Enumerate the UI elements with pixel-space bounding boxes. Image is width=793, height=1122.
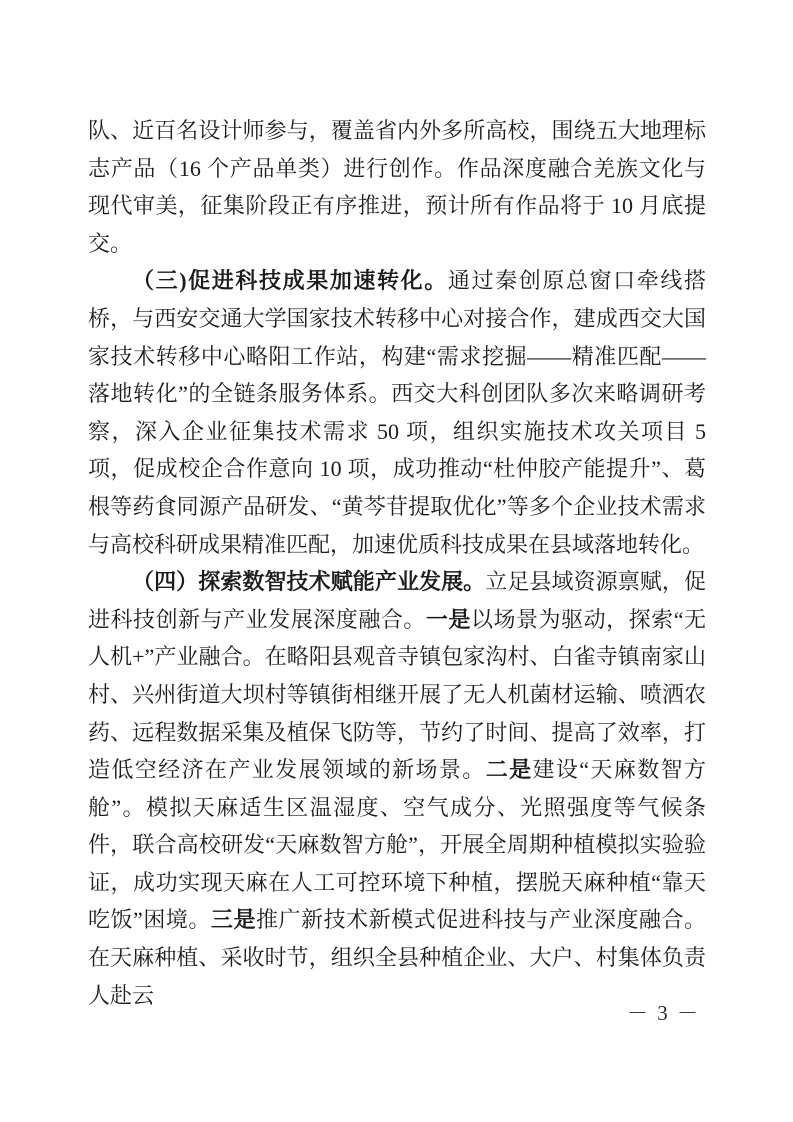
para-continuation: 队、近百名设计师参与，覆盖省内外多所高校，围绕五大地理标志产品（16 个产品单类… — [88, 112, 706, 262]
para-section-4: （四）探索数智技术赋能产业发展。立足县域资源禀赋，促进科技创新与产业发展深度融合… — [88, 563, 706, 1014]
bold-segment: （四）探索数智技术赋能产业发展。 — [132, 569, 485, 594]
bold-segment: 一是 — [426, 607, 471, 632]
document-body: 队、近百名设计师参与，覆盖省内外多所高校，围绕五大地理标志产品（16 个产品单类… — [88, 112, 706, 1014]
text-segment: 通过秦创原总窗口牵线搭桥，与西安交通大学国家技术转移中心对接合作，建成西交大国家… — [88, 268, 706, 556]
bold-segment: 二是 — [486, 757, 533, 782]
bold-segment: （三)促进科技成果加速转化。 — [132, 268, 448, 293]
document-page: 队、近百名设计师参与，覆盖省内外多所高校，围绕五大地理标志产品（16 个产品单类… — [0, 0, 793, 1122]
para-section-3: （三)促进科技成果加速转化。通过秦创原总窗口牵线搭桥，与西安交通大学国家技术转移… — [88, 262, 706, 563]
text-segment: 队、近百名设计师参与，覆盖省内外多所高校，围绕五大地理标志产品（16 个产品单类… — [88, 118, 706, 256]
bold-segment: 三是 — [211, 907, 256, 932]
page-number: － 3 － — [627, 1000, 700, 1026]
text-segment: 以场景为驱动，探索“无人机+”产业融合。在略阳县观音寺镇包家沟村、白雀寺镇南家山… — [88, 607, 706, 782]
